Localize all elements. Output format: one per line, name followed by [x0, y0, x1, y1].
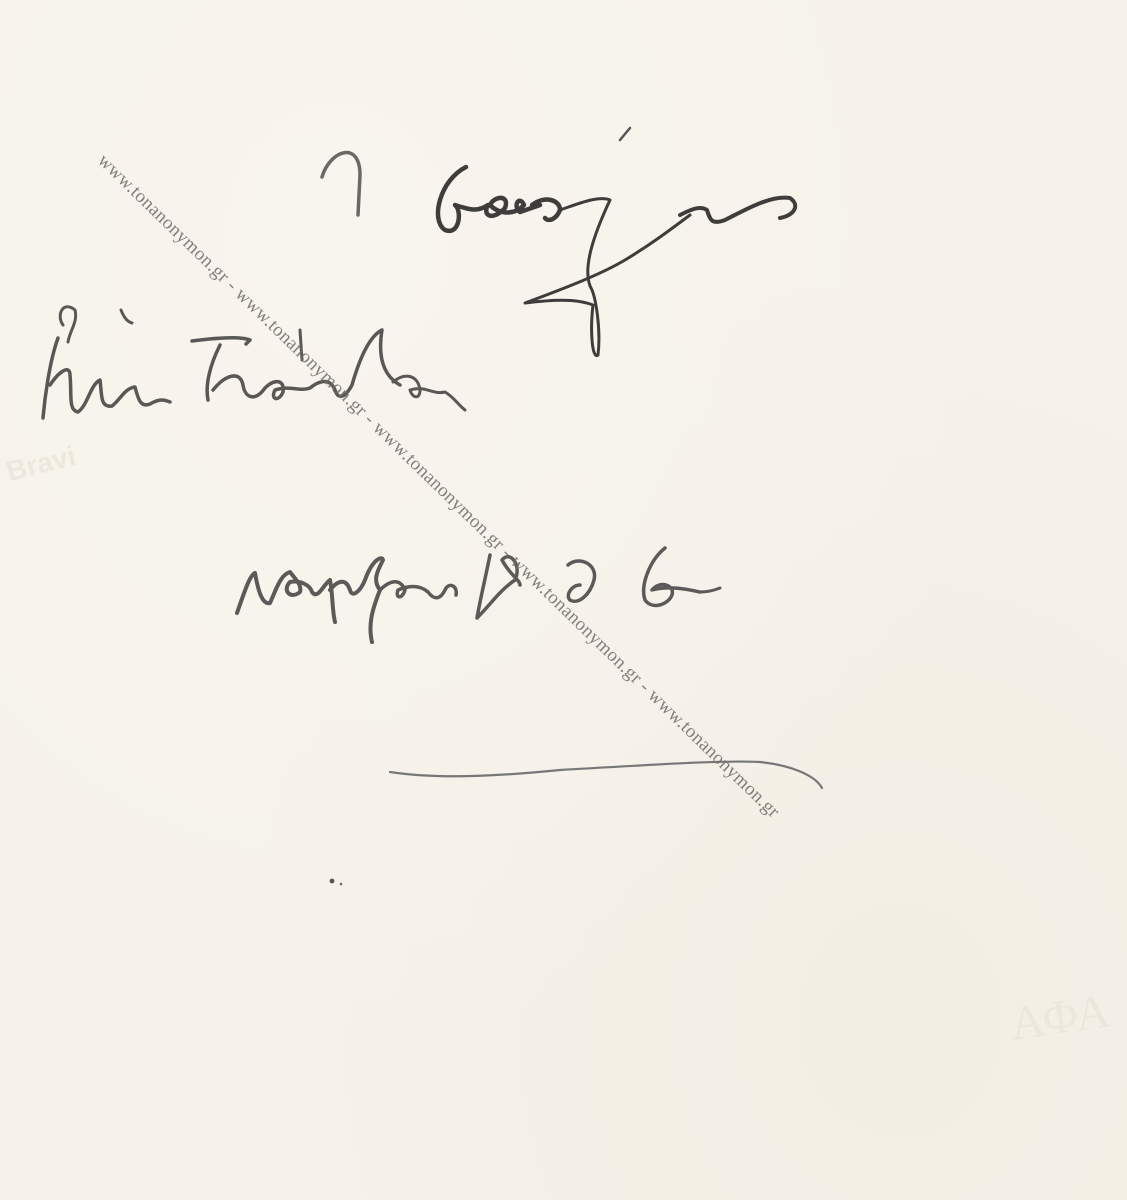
handwriting-line-1	[322, 128, 795, 356]
handwriting-line-3	[237, 548, 720, 642]
scanned-page: Bravi ΑΦΑ	[0, 0, 1127, 1200]
ink-dot	[330, 879, 335, 884]
ink-dot	[340, 883, 343, 886]
